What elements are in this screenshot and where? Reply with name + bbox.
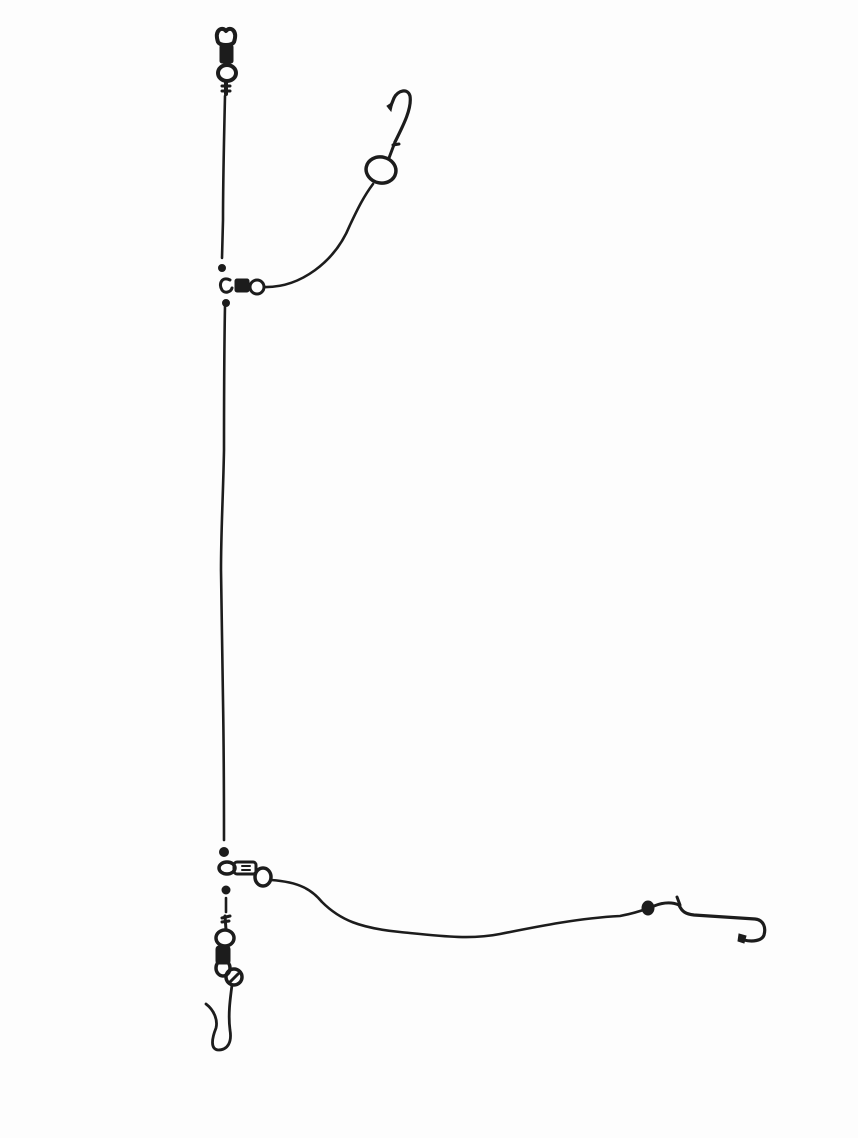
lower-bead-stop — [220, 848, 229, 857]
fishing-rig-diagram — [0, 0, 858, 1138]
lower-bead — [642, 901, 654, 915]
drawing-canvas — [0, 0, 858, 1138]
lower-bead-below — [222, 886, 230, 894]
paper-background — [0, 0, 858, 1138]
upper-bead-stop — [219, 265, 226, 272]
